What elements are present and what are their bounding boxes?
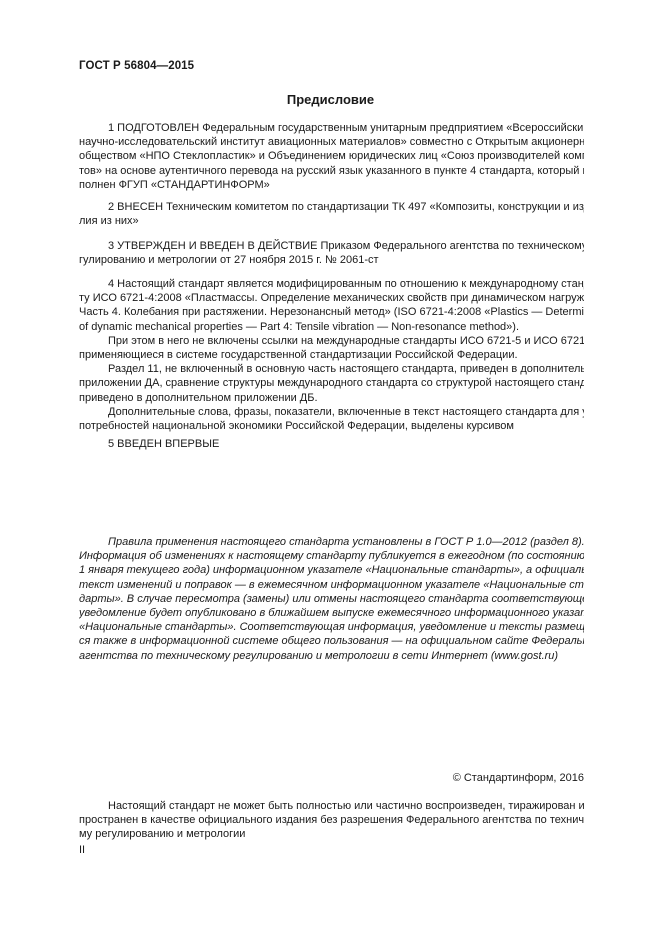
text-line: приложении ДА, сравнение структуры между… — [79, 376, 584, 390]
text-line: приведено в дополнительном приложении ДБ… — [79, 391, 584, 405]
section-5-first-introduced: 5 ВВЕДЕН ВПЕРВЫЕ — [79, 437, 584, 451]
text-line: Настоящий стандарт не может быть полност… — [79, 799, 584, 813]
text-line: 3 УТВЕРЖДЕН И ВВЕДЕН В ДЕЙСТВИЕ Приказом… — [79, 239, 584, 253]
text-line: 1 ПОДГОТОВЛЕН Федеральным государственны… — [79, 121, 584, 135]
text-line: Дополнительные слова, фразы, показатели,… — [79, 405, 584, 419]
text-line: дарты». В случае пересмотра (замены) или… — [79, 592, 584, 606]
text-line: Часть 4. Колебания при растяжении. Нерез… — [79, 305, 584, 319]
text-line: тов» на основе аутентичного перевода на … — [79, 164, 584, 178]
section-4-modified: 4 Настоящий стандарт является модифициро… — [79, 277, 584, 433]
text-line: пространен в качестве официального издан… — [79, 813, 584, 827]
reproduction-notice: Настоящий стандарт не может быть полност… — [79, 799, 584, 842]
text-line: полнен ФГУП «СТАНДАРТИНФОРМ» — [79, 178, 584, 192]
text-line: научно-исследовательский институт авиаци… — [79, 135, 584, 149]
text-line: Информация об изменениях к настоящему ст… — [79, 549, 584, 563]
text-line: Раздел 11, не включенный в основную част… — [79, 362, 584, 376]
text-line: Правила применения настоящего стандарта … — [79, 535, 584, 549]
text-line: of dynamic mechanical properties — Part … — [79, 320, 584, 334]
document-id: ГОСТ Р 56804—2015 — [79, 60, 194, 72]
document-page: ГОСТ Р 56804—2015 Предисловие 1 ПОДГОТОВ… — [0, 0, 661, 935]
text-line: 2 ВНЕСЕН Техническим комитетом по станда… — [79, 200, 584, 214]
text-line: гулированию и метрологии от 27 ноября 20… — [79, 253, 584, 267]
section-1-prepared: 1 ПОДГОТОВЛЕН Федеральным государственны… — [79, 121, 584, 192]
text-line: уведомление будет опубликовано в ближайш… — [79, 606, 584, 620]
text-line: агентства по техническому регулированию … — [79, 649, 584, 663]
text-line: ся также в информационной системе общего… — [79, 634, 584, 648]
text-line: «Национальные стандарты». Соответствующа… — [79, 620, 584, 634]
text-line: лия из них» — [79, 214, 584, 228]
text-line: При этом в него не включены ссылки на ме… — [79, 334, 584, 348]
text-line: обществом «НПО Стеклопластик» и Объедине… — [79, 149, 584, 163]
text-line: ту ИСО 6721-4:2008 «Пластмассы. Определе… — [79, 291, 584, 305]
text-line: текст изменений и поправок — в ежемесячн… — [79, 578, 584, 592]
page-number: II — [79, 844, 85, 856]
section-3-approved: 3 УТВЕРЖДЕН И ВВЕДЕН В ДЕЙСТВИЕ Приказом… — [79, 239, 584, 267]
text-line: потребностей национальной экономики Росс… — [79, 419, 584, 433]
page-title: Предисловие — [0, 92, 661, 107]
application-rules-notice: Правила применения настоящего стандарта … — [79, 535, 584, 663]
text-line: 5 ВВЕДЕН ВПЕРВЫЕ — [79, 437, 584, 451]
text-line: 4 Настоящий стандарт является модифициро… — [79, 277, 584, 291]
section-2-introduced: 2 ВНЕСЕН Техническим комитетом по станда… — [79, 200, 584, 228]
text-line: 1 января текущего года) информационном у… — [79, 563, 584, 577]
text-line: му регулированию и метрологии — [79, 827, 584, 841]
copyright: © Стандартинформ, 2016 — [453, 772, 584, 784]
text-line: применяющиеся в системе государственной … — [79, 348, 584, 362]
